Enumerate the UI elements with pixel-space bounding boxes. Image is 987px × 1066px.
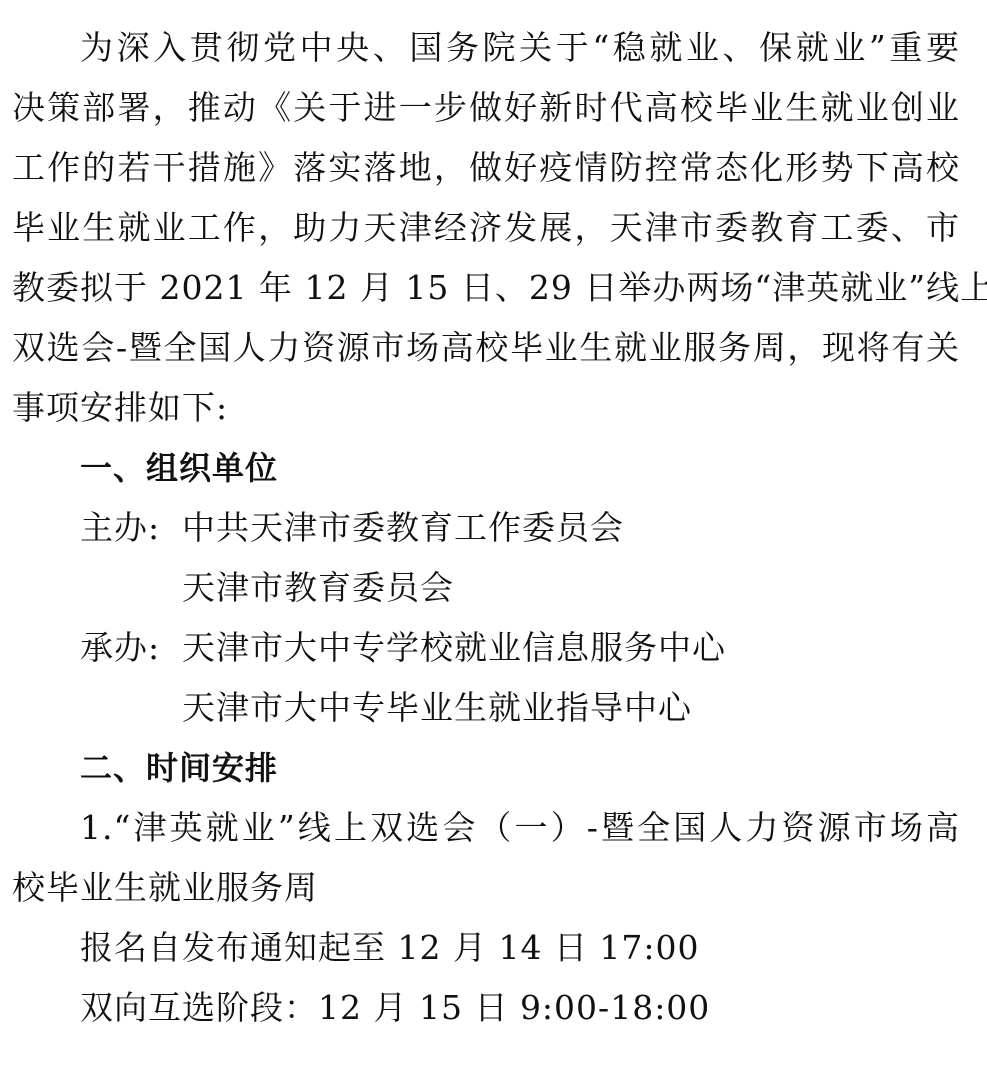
registration-period: 报名自发布通知起至 12 月 14 日 17:00 bbox=[12, 918, 960, 978]
intro-line-5: 教委拟于 2021 年 12 月 15 日、29 日举办两场“津英就业”线上 bbox=[12, 258, 960, 318]
section-heading-organizers: 一、组织单位 bbox=[12, 438, 960, 498]
organizer-label: 承办: bbox=[80, 618, 182, 678]
host-label: 主办: bbox=[80, 498, 182, 558]
intro-line-2: 决策部署，推动《关于进一步做好新时代高校毕业生就业创业 bbox=[12, 78, 960, 138]
organizer-name: 天津市大中专学校就业信息服务中心 bbox=[182, 628, 726, 667]
section-heading-schedule: 二、时间安排 bbox=[12, 738, 960, 798]
host-line-1: 主办:中共天津市委教育工作委员会 bbox=[12, 498, 960, 558]
document-body: 为深入贯彻党中央、国务院关于“稳就业、保就业”重要 决策部署，推动《关于进一步做… bbox=[12, 18, 960, 1038]
schedule-item-1-line-2: 校毕业生就业服务周 bbox=[12, 858, 960, 918]
organizer-line-1: 承办:天津市大中专学校就业信息服务中心 bbox=[12, 618, 960, 678]
intro-line-4: 毕业生就业工作，助力天津经济发展，天津市委教育工委、市 bbox=[12, 198, 960, 258]
schedule-item-1-line-1: 1.“津英就业”线上双选会（一）-暨全国人力资源市场高 bbox=[12, 798, 960, 858]
host-name: 中共天津市委教育工作委员会 bbox=[182, 508, 624, 547]
intro-line-6: 双选会-暨全国人力资源市场高校毕业生就业服务周，现将有关 bbox=[12, 318, 960, 378]
organizer-line-2: 天津市大中专毕业生就业指导中心 bbox=[12, 678, 960, 738]
intro-line-7: 事项安排如下: bbox=[12, 378, 960, 438]
selection-period: 双向互选阶段：12 月 15 日 9:00-18:00 bbox=[12, 978, 960, 1038]
host-line-2: 天津市教育委员会 bbox=[12, 558, 960, 618]
intro-line-3: 工作的若干措施》落实落地，做好疫情防控常态化形势下高校 bbox=[12, 138, 960, 198]
intro-line-1: 为深入贯彻党中央、国务院关于“稳就业、保就业”重要 bbox=[12, 18, 960, 78]
